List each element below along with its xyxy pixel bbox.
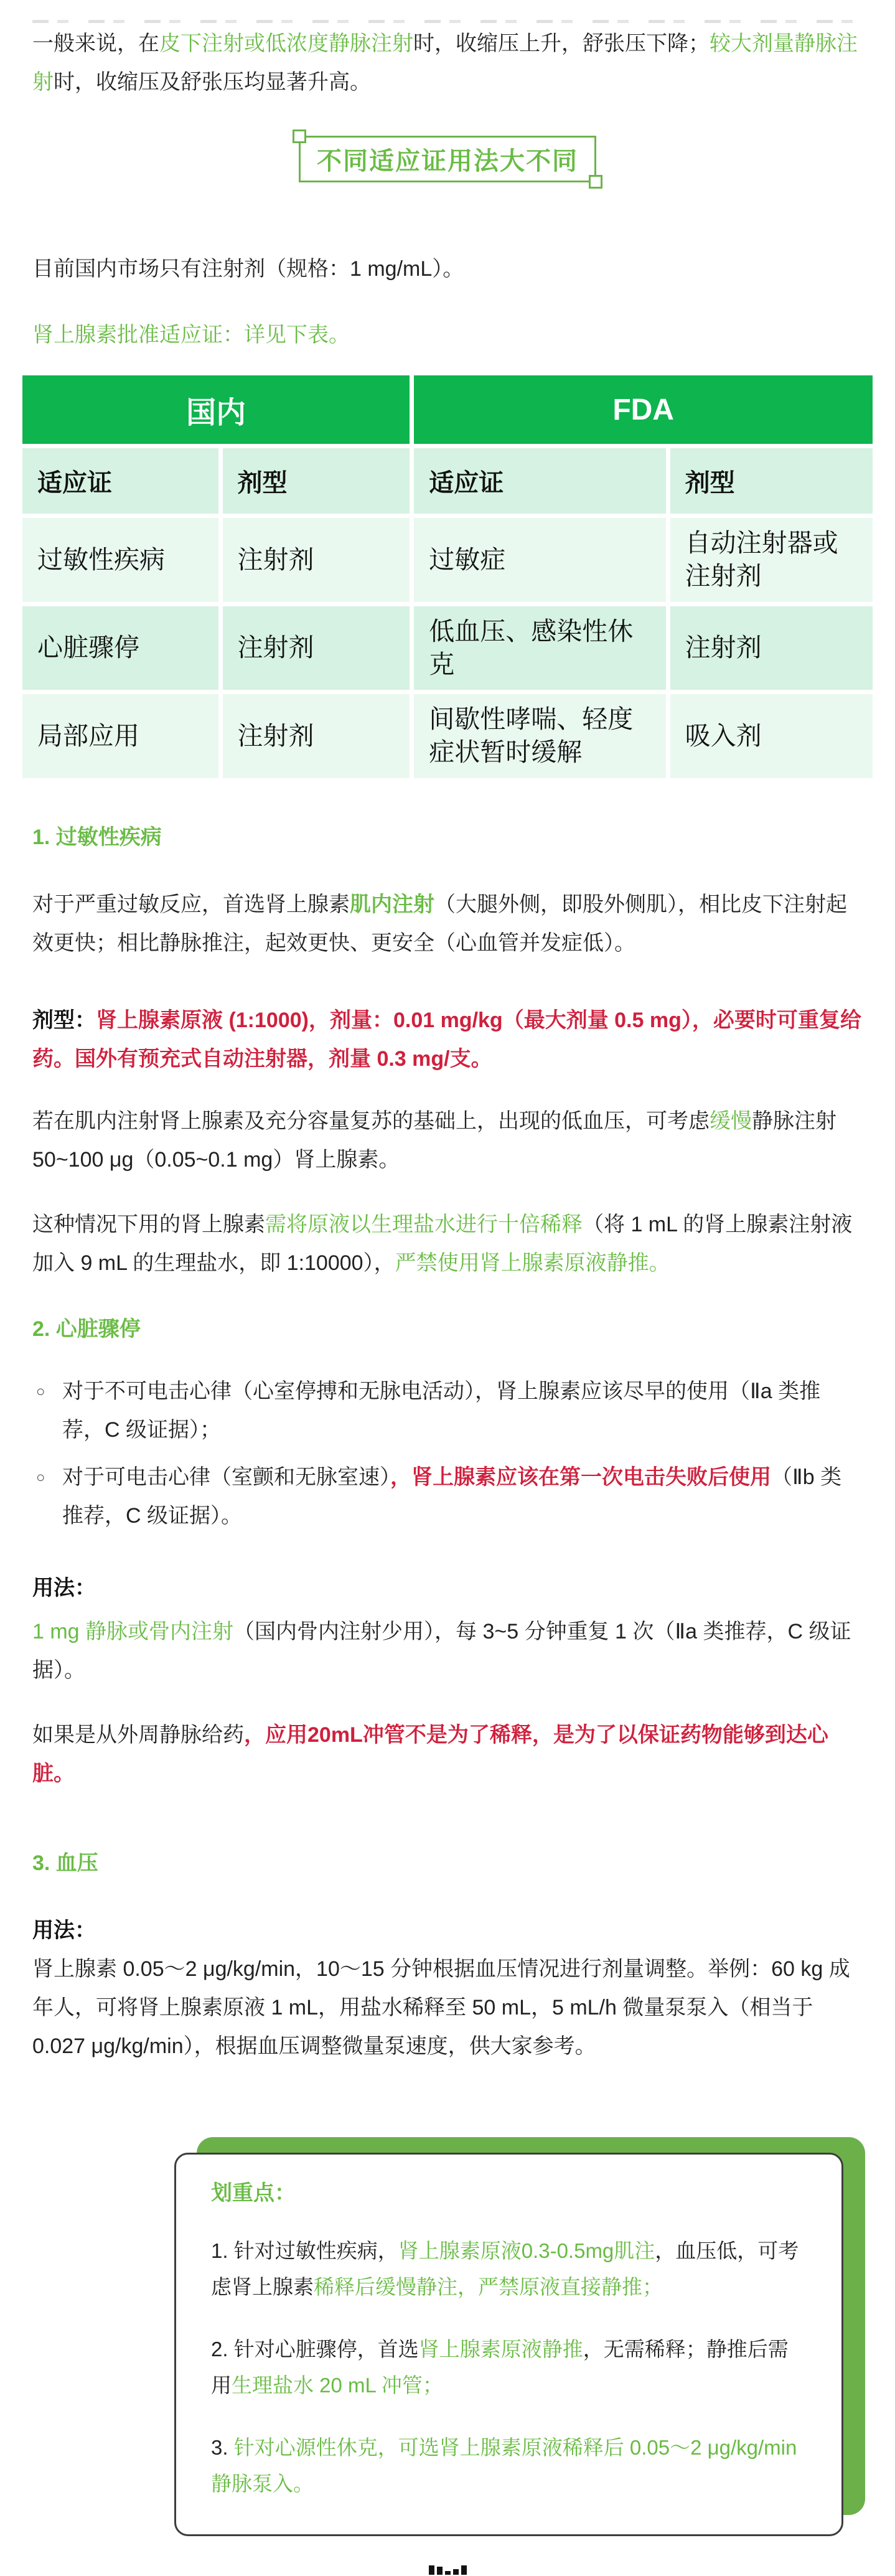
section-title-box: 不同适应证用法大不同	[299, 136, 596, 182]
section-title: 不同适应证用法大不同	[317, 148, 578, 175]
table-column-header: 适应证	[414, 448, 665, 514]
market-note: 目前国内市场只有注射剂（规格：1 mg/mL）。	[32, 250, 863, 288]
table-cell: 吸入剂	[670, 694, 873, 778]
table-cell: 过敏症	[414, 518, 665, 602]
bullet-item: 对于可电击心律（室颤和无脉室速），肾上腺素应该在第一次电击失败后使用（Ⅱb 类推…	[32, 1458, 863, 1535]
cardiac-flush-paragraph: 如果是从外周静脉给药，应用20mL冲管不是为了稀释，是为了以保证药物能够到达心脏…	[32, 1716, 863, 1793]
bp-usage-label: 用法：	[32, 1911, 863, 1950]
table-cell: 注射剂	[223, 518, 410, 602]
key-points-card: 划重点： 1. 针对过敏性疾病，肾上腺素原液0.3-0.5mg肌注，血压低，可考…	[174, 2153, 843, 2536]
key-points-card-body: 划重点： 1. 针对过敏性疾病，肾上腺素原液0.3-0.5mg肌注，血压低，可考…	[174, 2153, 843, 2536]
section-title-wrap: 不同适应证用法大不同	[32, 136, 863, 182]
table-column-header: 剂型	[670, 448, 873, 514]
bp-usage-paragraph: 肾上腺素 0.05～2 μg/kg/min，10～15 分钟根据血压情况进行剂量…	[32, 1950, 863, 2066]
cropped-text-artifact	[32, 20, 863, 23]
table-group-header-domestic: 国内	[22, 375, 410, 444]
allergy-paragraph-1: 对于严重过敏反应，首选肾上腺素肌内注射（大腿外侧，即股外侧肌），相比皮下注射起效…	[32, 885, 863, 962]
heading-allergy: 1. 过敏性疾病	[32, 818, 863, 857]
bar	[445, 2571, 451, 2575]
table-cell: 过敏性疾病	[22, 518, 218, 602]
allergy-dosage-paragraph: 剂型：肾上腺素原液 (1:1000)，剂量：0.01 mg/kg（最大剂量 0.…	[32, 1001, 863, 1078]
table-intro: 肾上腺素批准适应证：详见下表。	[32, 316, 863, 354]
key-point-item: 2. 针对心脏骤停，首选肾上腺素原液静推，无需稀释；静推后需用生理盐水 20 m…	[211, 2331, 807, 2404]
cardiac-usage-paragraph: 1 mg 静脉或骨内注射（国内骨内注射少用），每 3~5 分钟重复 1 次（Ⅱa…	[32, 1612, 863, 1690]
table-cell: 低血压、感染性休克	[414, 606, 665, 690]
heading-blood-pressure: 3. 血压	[32, 1844, 863, 1883]
table-cell: 心脏骤停	[22, 606, 218, 690]
bullet-item: 对于不可电击心律（心室停搏和无脉电活动），肾上腺素应该尽早的使用（Ⅱa 类推荐，…	[32, 1372, 863, 1449]
key-points-title: 划重点：	[211, 2179, 807, 2207]
table-cell: 间歇性哮喘、轻度症状暂时缓解	[414, 694, 665, 778]
key-point-item: 1. 针对过敏性疾病，肾上腺素原液0.3-0.5mg肌注，血压低，可考虑肾上腺素…	[211, 2233, 807, 2305]
bar	[453, 2569, 459, 2575]
audio-bars-icon	[32, 2565, 863, 2575]
table-cell: 局部应用	[22, 694, 218, 778]
key-point-item: 3. 针对心源性休克，可选肾上腺素原液稀释后 0.05～2 μg/kg/min …	[211, 2430, 807, 2502]
table-group-header-fda: FDA	[414, 375, 873, 444]
bar	[437, 2567, 443, 2575]
table-cell: 注射剂	[670, 606, 873, 690]
indication-table: 国内 FDA 适应证 剂型 适应证 剂型 过敏性疾病 注射剂 过敏症 自动注射器…	[22, 375, 873, 778]
bar	[461, 2565, 467, 2575]
table-column-header: 剂型	[223, 448, 410, 514]
allergy-paragraph-3: 这种情况下用的肾上腺素需将原液以生理盐水进行十倍稀释（将 1 mL 的肾上腺素注…	[32, 1205, 863, 1282]
article-page: 一般来说，在皮下注射或低浓度静脉注射时，收缩压上升，舒张压下降；较大剂量静脉注射…	[0, 0, 895, 2576]
allergy-paragraph-2: 若在肌内注射肾上腺素及充分容量复苏的基础上，出现的低血压，可考虑缓慢静脉注射 5…	[32, 1102, 863, 1179]
cardiac-usage-label: 用法：	[32, 1569, 863, 1607]
table-cell: 自动注射器或注射剂	[670, 518, 873, 602]
table-cell: 注射剂	[223, 606, 410, 690]
bar	[429, 2565, 434, 2575]
intro-paragraph: 一般来说，在皮下注射或低浓度静脉注射时，收缩压上升，舒张压下降；较大剂量静脉注射…	[32, 24, 863, 101]
table-cell: 注射剂	[223, 694, 410, 778]
cardiac-bullet-list: 对于不可电击心律（心室停搏和无脉电活动），肾上腺素应该尽早的使用（Ⅱa 类推荐，…	[32, 1372, 863, 1535]
heading-cardiac-arrest: 2. 心脏骤停	[32, 1310, 863, 1348]
table-column-header: 适应证	[22, 448, 218, 514]
